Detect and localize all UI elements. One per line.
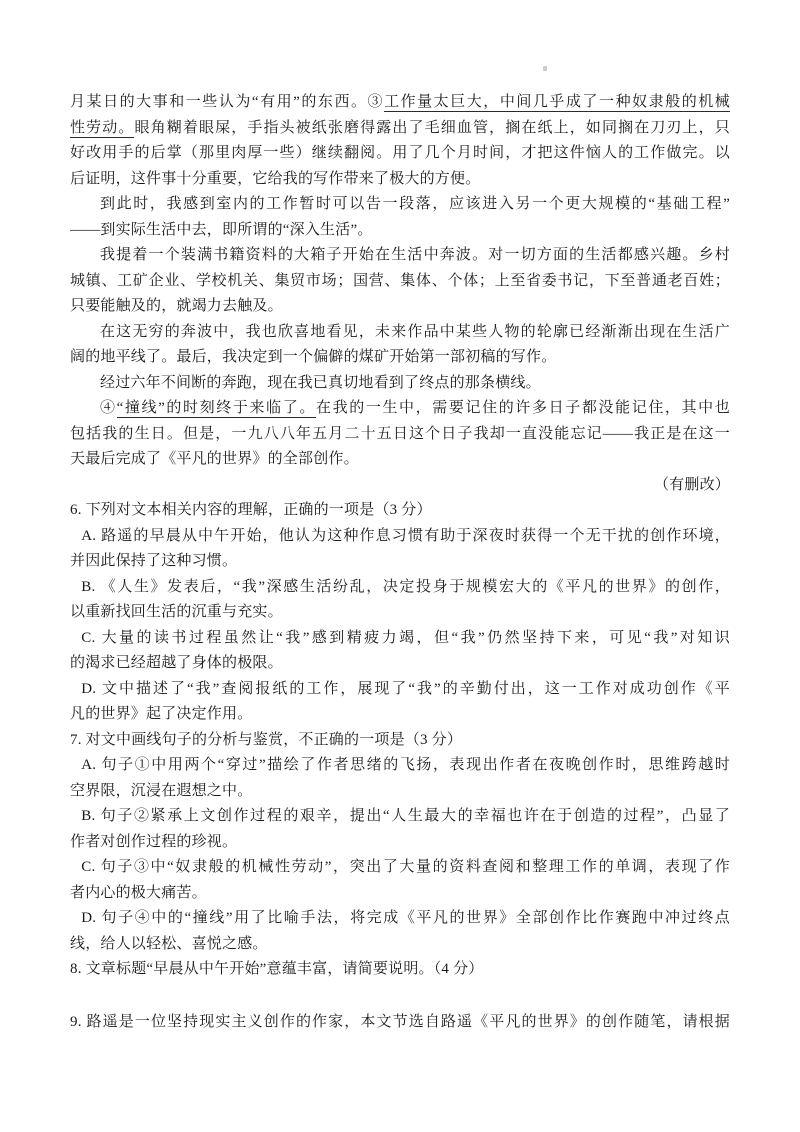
passage-line-02: 性劳动。眼角糊着眼屎，手指头被纸张磨得露出了毛细血管，搁在纸上，如同搁在刀刃上，… [70, 116, 730, 142]
passage-line-14: 包括我的生日。但是，一九八八年五月二十五日这个日子我却一直没能忘记——我正是在这… [70, 422, 730, 448]
q7-option-d-line-1: D. 句子④中的“撞线”用了比喻手法，将完成《平凡的世界》全部创作比作赛跑中冲过… [70, 906, 730, 932]
passage-text: 月某日的大事和一些认为“有用”的东西。③ [70, 94, 384, 110]
passage-line-07: 我提着一个装满书籍资料的大箱子开始在生活中奔波。对一切方面的生活都感兴趣。乡村 [70, 243, 730, 269]
exam-page-text-block: 月某日的大事和一些认为“有用”的东西。③工作量太巨大，中间几乎成了一种奴隶般的机… [70, 90, 730, 1035]
passage-line-05: 到此时，我感到室内的工作暂时可以告一段落，应该进入另一个更大规模的“基础工程” [70, 192, 730, 218]
q7-option-b-line-2: 作者对创作过程的珍视。 [70, 830, 730, 856]
q6-option-a-line-1: A. 路遥的早晨从中午开始，他认为这种作息习惯有助于深夜时获得一个无干扰的创作环… [70, 524, 730, 550]
q7-option-c-line-2: 者内心的极大痛苦。 [70, 881, 730, 907]
q6-stem: 6. 下列对文本相关内容的理解，正确的一项是（3 分） [70, 498, 730, 524]
passage-line-13: ④“撞线”的时刻终于来临了。在我的一生中，需要记住的许多日子都没能记住，其中也 [70, 396, 730, 422]
passage-text: 眼角糊着眼屎，手指头被纸张磨得露出了毛细血管，搁在纸上，如同搁在刀刃上，只 [134, 120, 730, 136]
q6-option-c-line-2: 的渴求已经超越了身体的极限。 [70, 651, 730, 677]
passage-line-01: 月某日的大事和一些认为“有用”的东西。③工作量太巨大，中间几乎成了一种奴隶般的机… [70, 90, 730, 116]
sentence-marker-4: ④ [100, 400, 117, 416]
passage-line-10: 在这无穷的奔波中，我也欣喜地看见，未来作品中某些人物的轮廓已经渐渐出现在生活广 [70, 320, 730, 346]
underlined-sentence-4: “撞线”的时刻终于来临了。 [117, 400, 316, 418]
q7-option-c-line-1: C. 句子③中“奴隶般的机械性劳动”，突出了大量的资料查阅和整理工作的单调，表现… [70, 855, 730, 881]
scan-artifact-dot [543, 66, 547, 71]
q6-option-d-line-1: D. 文中描述了“我”查阅报纸的工作，展现了“我”的辛勤付出，这一工作对成功创作… [70, 677, 730, 703]
underlined-sentence-3-part2: 性劳动。 [70, 120, 134, 138]
q7-option-d-line-2: 线，给人以轻松、喜悦之感。 [70, 932, 730, 958]
passage-line-15: 天最后完成了《平凡的世界》的全部创作。 [70, 447, 730, 473]
q9-stem: 9. 路遥是一位坚持现实主义创作的作家，本文节选自路遥《平凡的世界》的创作随笔，… [70, 1010, 730, 1036]
passage-line-06: ——到实际生活中去，即所谓的“深入生活”。 [70, 218, 730, 244]
q7-option-a-line-1: A. 句子①中用两个“穿过”描绘了作者思绪的飞扬，表现出作者在夜晚创作时，思维跨… [70, 753, 730, 779]
q6-option-a-line-2: 并因此保持了这种习惯。 [70, 549, 730, 575]
underlined-sentence-3-part1: 工作量太巨大，中间几乎成了一种奴隶般的机械 [384, 94, 730, 112]
q8-stem: 8. 文章标题“早晨从中午开始”意蕴丰富，请简要说明。（4 分） [70, 957, 730, 983]
q6-option-c-line-1: C. 大量的读书过程虽然让“我”感到精疲力竭，但“我”仍然坚持下来，可见“我”对… [70, 626, 730, 652]
passage-line-03: 好改用手的后掌（那里肉厚一些）继续翻阅。用了几个月时间，才把这件恼人的工作做完。… [70, 141, 730, 167]
q7-stem: 7. 对文中画线句子的分析与鉴赏，不正确的一项是（3 分） [70, 728, 730, 754]
passage-line-04: 后证明，这件事十分重要，它给我的写作带来了极大的方便。 [70, 167, 730, 193]
q7-option-b-line-1: B. 句子②紧承上文创作过程的艰辛，提出“人生最大的幸福也许在于创造的过程”，凸… [70, 804, 730, 830]
q6-option-b-line-2: 以重新找回生活的沉重与充实。 [70, 600, 730, 626]
passage-line-11: 阔的地平线了。最后，我决定到一个偏僻的煤矿开始第一部初稿的写作。 [70, 345, 730, 371]
q6-option-b-line-1: B. 《人生》发表后，“我”深感生活纷乱，决定投身于规模宏大的《平凡的世界》的创… [70, 575, 730, 601]
attribution-note: （有删改） [70, 473, 730, 499]
passage-line-09: 只要能触及的，就竭力去触及。 [70, 294, 730, 320]
passage-line-12: 经过六年不间断的奔跑，现在我已真切地看到了终点的那条横线。 [70, 371, 730, 397]
passage-line-08: 城镇、工矿企业、学校机关、集贸市场；国营、集体、个体；上至省委书记，下至普通老百… [70, 269, 730, 295]
passage-text: 在我的一生中，需要记住的许多日子都没能记住，其中也 [316, 400, 730, 416]
q7-option-a-line-2: 空界限，沉浸在遐想之中。 [70, 779, 730, 805]
q6-option-d-line-2: 凡的世界》起了决定作用。 [70, 702, 730, 728]
